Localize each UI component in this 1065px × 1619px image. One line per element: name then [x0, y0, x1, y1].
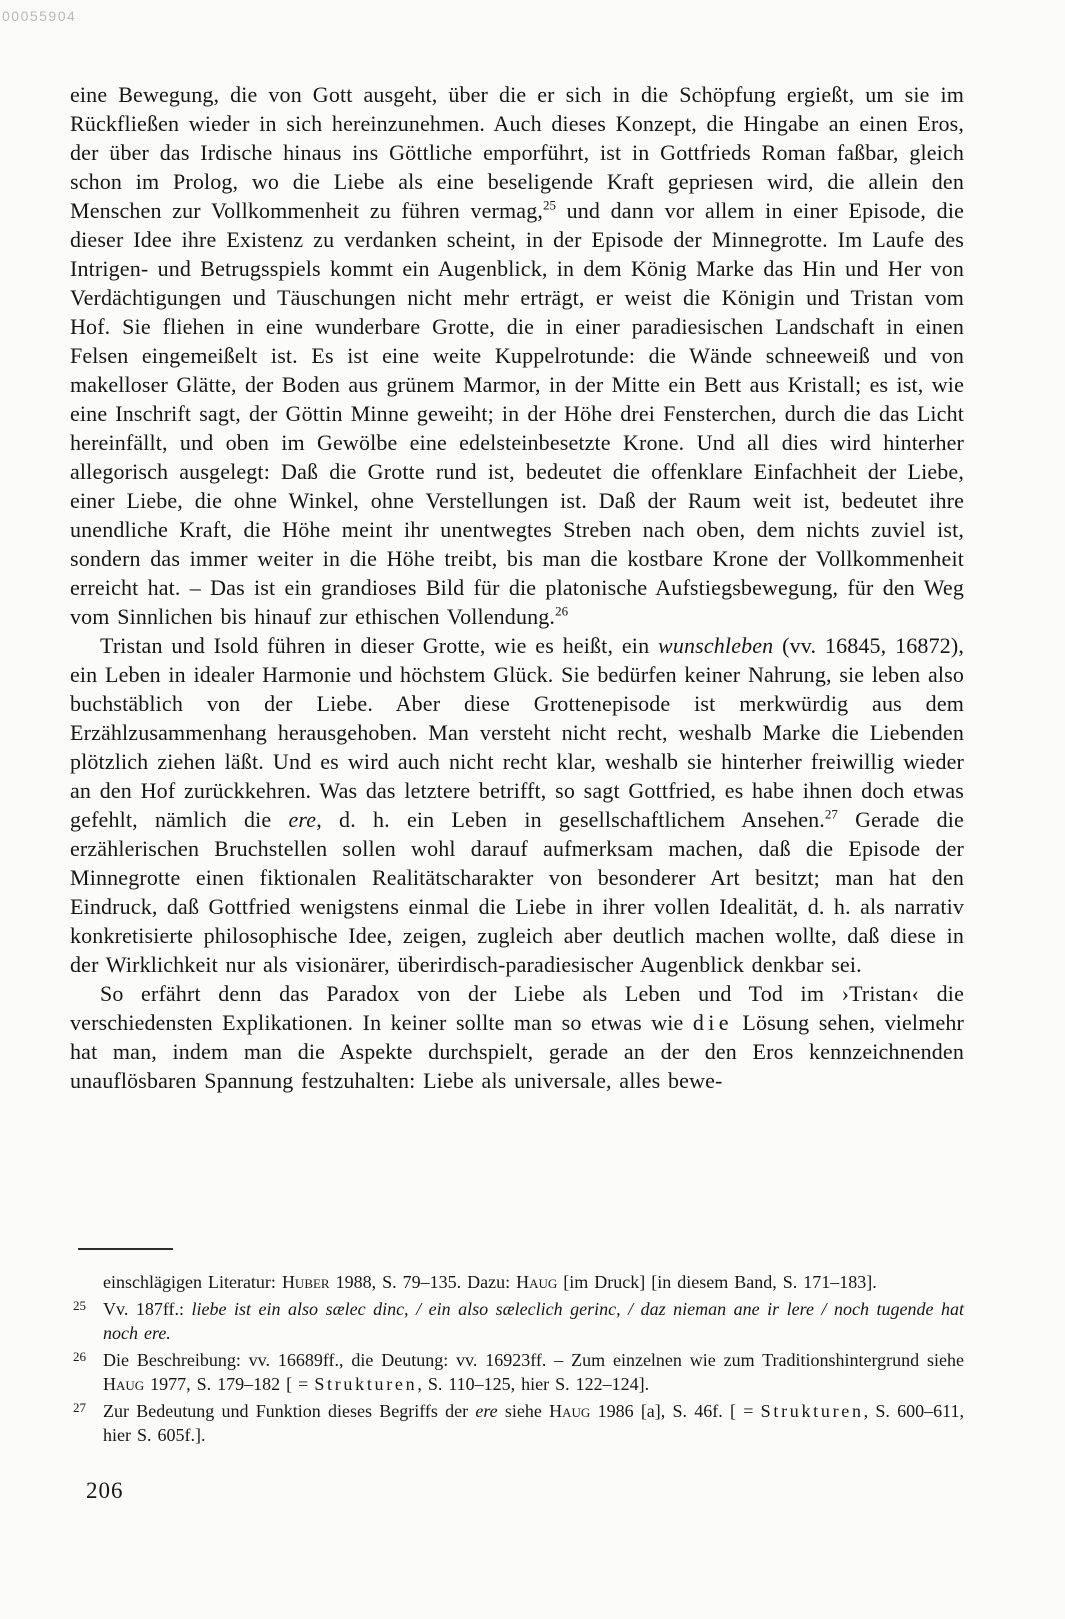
text-run: ere	[289, 807, 317, 832]
footnote-continuation: einschlägigen Literatur: Huber 1988, S. …	[70, 1270, 964, 1294]
text-run: siehe	[498, 1401, 549, 1421]
text-run: Die Beschreibung: vv. 16689ff., die Deut…	[103, 1350, 964, 1370]
text-run: Strukturen	[761, 1401, 864, 1421]
text-run: Gerade die erzählerischen Bruchstellen s…	[70, 807, 964, 977]
footnote-number: 26	[73, 1345, 99, 1369]
footnote-25: 25Vv. 187ff.: liebe ist ein also sælec d…	[70, 1294, 964, 1345]
footnote-separator	[78, 1248, 173, 1250]
text-run: (vv. 16845, 16872), ein Leben in idealer…	[70, 633, 964, 832]
text-run: Strukturen	[314, 1374, 417, 1394]
book-page: 00055904 eine Bewegung, die von Gott aus…	[0, 0, 1065, 1619]
text-run: Tristan und Isold führen in dieser Grott…	[100, 633, 658, 658]
text-run: Haug	[103, 1374, 144, 1394]
footnote-26: 26Die Beschreibung: vv. 16689ff., die De…	[70, 1345, 964, 1396]
footnotes-block: einschlägigen Literatur: Huber 1988, S. …	[70, 1270, 964, 1447]
text-run: 27	[825, 807, 838, 822]
text-run: 26	[555, 604, 568, 619]
footnote-text: Vv. 187ff.: liebe ist ein also sælec din…	[103, 1299, 964, 1343]
text-run: [im Druck] [in diesem Band, S. 171–183].	[557, 1272, 876, 1292]
body-text: eine Bewegung, die von Gott ausgeht, übe…	[70, 80, 964, 1095]
text-run: Zur Bedeutung und Funktion dieses Begrif…	[103, 1401, 475, 1421]
text-run: Vv. 187ff.:	[103, 1299, 192, 1319]
text-run: ere	[475, 1401, 497, 1421]
footnote-text: Zur Bedeutung und Funktion dieses Begrif…	[103, 1401, 964, 1445]
text-run: 1988, S. 79–135. Dazu:	[330, 1272, 517, 1292]
text-run: und dann vor allem in einer Episode, die…	[70, 198, 964, 629]
paragraph-wunschleben: Tristan und Isold führen in dieser Grott…	[70, 631, 964, 979]
footnote-number: 25	[73, 1294, 99, 1318]
footnote-number: 27	[73, 1396, 99, 1420]
text-run: 25	[543, 198, 556, 213]
text-run: 1977, S. 179–182 [ =	[144, 1374, 314, 1394]
text-run: , S. 110–125, hier S. 122–124].	[417, 1374, 649, 1394]
footnote-text: Die Beschreibung: vv. 16689ff., die Deut…	[103, 1350, 964, 1394]
text-run: 1986 [a], S. 46f. [ =	[590, 1401, 760, 1421]
text-run: , d. h. ein Leben in gesellschaftlichem …	[316, 807, 825, 832]
text-run: einschlägigen Literatur:	[103, 1272, 282, 1292]
footnote-27: 27Zur Bedeutung und Funktion dieses Begr…	[70, 1396, 964, 1447]
text-run: liebe ist ein also sælec dinc, / ein als…	[103, 1299, 964, 1343]
paragraph-continuation: eine Bewegung, die von Gott ausgeht, übe…	[70, 80, 964, 631]
page-number: 206	[86, 1478, 124, 1504]
text-run: Haug	[516, 1272, 557, 1292]
scan-id-label: 00055904	[2, 8, 76, 24]
text-run: wunschleben	[658, 633, 773, 658]
text-run: Haug	[549, 1401, 590, 1421]
text-run: Huber	[282, 1272, 330, 1292]
text-run: die	[693, 1010, 733, 1035]
paragraph-paradox: So erfährt denn das Paradox von der Lieb…	[70, 979, 964, 1095]
